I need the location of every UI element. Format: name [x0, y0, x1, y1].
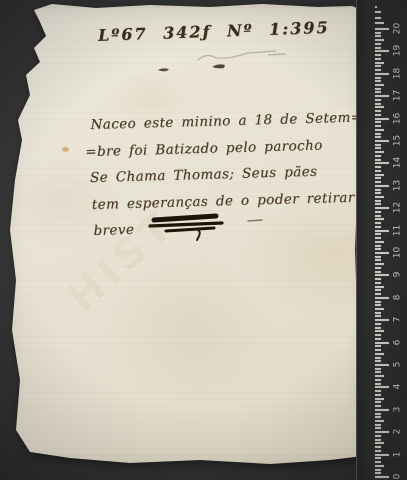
ruler-tick — [375, 166, 381, 168]
ruler-tick — [375, 267, 381, 269]
ruler-tick — [375, 185, 389, 187]
ruler-tick — [375, 47, 381, 49]
ruler-number-label: 5 — [393, 357, 404, 373]
ruler-tick — [375, 439, 381, 441]
ruler-tick — [375, 304, 381, 306]
ruler-tick — [375, 200, 381, 202]
ruler-tick — [375, 256, 381, 258]
ruler-tick — [375, 95, 389, 97]
ruler-tick — [375, 215, 381, 217]
ruler-tick — [375, 461, 381, 463]
ink-scribble — [148, 208, 268, 238]
ruler-tick — [375, 222, 381, 224]
ruler-tick — [375, 450, 381, 452]
ruler-tick — [375, 390, 381, 392]
archival-number-inscription: Lº67 342ƒ Nº 1:395 — [98, 18, 319, 45]
ruler-tick — [375, 133, 381, 135]
ruler-tick — [375, 147, 381, 149]
ruler-tick — [375, 237, 381, 239]
ruler-tick — [375, 121, 381, 123]
ruler-tick — [375, 469, 381, 471]
ruler-number-label: 18 — [393, 65, 404, 81]
ruler-tick — [375, 431, 389, 433]
ruler-tick — [375, 125, 381, 127]
ruler-tick — [375, 342, 389, 344]
ruler-tick — [375, 368, 381, 370]
ruler-tick — [375, 144, 381, 146]
ruler-tick — [375, 386, 389, 388]
manuscript-scan: Lº67 342ƒ Nº 1:395 Naceo este minino a 1… — [0, 0, 407, 480]
ruler-tick — [375, 103, 381, 105]
ruler-number-label: 17 — [393, 88, 404, 104]
ruler-tick — [375, 218, 384, 220]
faint-smudge-marks — [140, 48, 310, 78]
ruler-tick — [375, 69, 381, 71]
ruler-tick — [375, 50, 389, 52]
ruler-number-label: 3 — [393, 401, 404, 417]
ruler-tick — [375, 379, 381, 381]
paper-shadow: Lº67 342ƒ Nº 1:395 Naceo este minino a 1… — [0, 0, 407, 480]
ruler-tick — [375, 196, 384, 198]
ruler-number-label: 7 — [393, 312, 404, 328]
ruler-tick — [375, 271, 381, 273]
ruler-tick — [375, 413, 381, 415]
ruler-tick — [375, 360, 381, 362]
ruler-tick — [375, 263, 384, 265]
ruler-number-label: 0 — [393, 469, 404, 480]
ruler-tick — [375, 6, 377, 8]
ruler-tick — [375, 394, 381, 396]
ruler-tick — [375, 416, 381, 418]
ruler-tick — [375, 349, 381, 351]
ruler-tick — [375, 424, 381, 426]
ruler-tick — [375, 192, 381, 194]
ruler-tick — [375, 248, 381, 250]
ruler-tick — [375, 345, 381, 347]
ruler-tick — [375, 62, 384, 64]
ruler-tick — [375, 454, 389, 456]
ruler-tick — [375, 155, 381, 157]
ruler-tick — [375, 129, 384, 131]
ruler-tick — [375, 106, 384, 108]
ruler-tick — [375, 398, 384, 400]
foxing-stain — [62, 147, 69, 152]
ruler-tick — [375, 226, 381, 228]
ruler-tick — [375, 278, 381, 280]
ruler-tick — [375, 435, 381, 437]
ruler-number-label: 13 — [393, 177, 404, 193]
ruler-tick — [375, 409, 389, 411]
ruler-tick — [375, 308, 384, 310]
ruler-tick — [375, 162, 389, 164]
ruler-tick — [375, 207, 389, 209]
ruler-tick — [375, 364, 389, 366]
ruler-tick — [375, 11, 381, 13]
ruler-tick — [375, 118, 389, 120]
paper-sheet: Lº67 342ƒ Nº 1:395 Naceo este minino a 1… — [0, 0, 372, 472]
ruler-tick — [375, 73, 389, 75]
ruler-tick — [375, 140, 389, 142]
ruler-tick — [375, 457, 381, 459]
ruler-tick — [375, 88, 381, 90]
ruler-tick — [375, 32, 381, 34]
ruler-tick — [375, 91, 381, 93]
ruler-tick — [375, 136, 381, 138]
ruler-tick — [375, 319, 389, 321]
ruler-tick — [375, 274, 389, 276]
ruler-number-label: 8 — [393, 289, 404, 305]
ruler-number-label: 1 — [393, 446, 404, 462]
ruler-tick — [375, 282, 381, 284]
ruler-tick — [375, 420, 384, 422]
ruler-tick — [375, 43, 381, 45]
ruler-number-label: 4 — [393, 379, 404, 395]
ruler-tick — [375, 114, 381, 116]
ruler-number-label: 10 — [393, 245, 404, 261]
ruler-number-label: 16 — [393, 110, 404, 126]
ruler-tick — [375, 84, 384, 86]
ruler-tick — [375, 241, 384, 243]
ruler-tick — [375, 252, 389, 254]
ruler-tick — [375, 323, 381, 325]
ruler-tick — [375, 110, 381, 112]
ruler-tick — [375, 357, 381, 359]
ruler-tick — [375, 476, 389, 478]
ruler-tick — [375, 334, 381, 336]
ruler-tick — [375, 383, 381, 385]
ruler-tick — [375, 80, 381, 82]
ruler-tick — [375, 405, 381, 407]
ruler-tick — [375, 189, 381, 191]
ruler-tick — [375, 465, 384, 467]
ruler-number-label: 9 — [393, 267, 404, 283]
ruler-tick — [375, 338, 381, 340]
ruler-tick — [375, 151, 384, 153]
ruler-number-label: 20 — [393, 21, 404, 37]
ruler-tick — [375, 446, 381, 448]
ruler-number-label: 15 — [393, 133, 404, 149]
ruler-scale: 20191817161514131211109876543210 — [356, 0, 407, 480]
ruler-tick — [375, 472, 381, 474]
ruler-tick — [375, 233, 381, 235]
ruler-number-label: 2 — [393, 424, 404, 440]
ruler-tick — [375, 58, 381, 60]
ruler-tick — [375, 289, 381, 291]
ruler-tick — [375, 35, 381, 37]
ruler-tick — [375, 65, 381, 67]
ruler-tick — [375, 427, 381, 429]
ruler-tick — [375, 330, 384, 332]
ruler-number-label: 19 — [393, 43, 404, 59]
ruler-tick — [375, 39, 384, 41]
ruler-tick — [375, 170, 381, 172]
ruler-tick — [375, 17, 381, 19]
ruler-tick — [375, 77, 381, 79]
ruler-tick — [375, 301, 381, 303]
ruler-tick — [375, 401, 381, 403]
ruler-tick — [375, 259, 381, 261]
ruler-tick — [375, 286, 384, 288]
ruler-tick — [375, 54, 381, 56]
ruler-tick — [375, 375, 384, 377]
ruler-tick — [375, 312, 381, 314]
ruler-tick — [375, 293, 381, 295]
ruler-number-label: 12 — [393, 200, 404, 216]
ruler-number-label: 6 — [393, 334, 404, 350]
ruler-tick — [375, 28, 389, 30]
ruler-tick — [375, 245, 381, 247]
ruler-tick — [375, 203, 381, 205]
ruler-tick — [375, 327, 381, 329]
ruler-tick — [375, 99, 381, 101]
ruler-tick — [375, 211, 381, 213]
ruler-tick — [375, 181, 381, 183]
ruler-tick — [375, 174, 384, 176]
ink-comma-mark — [192, 228, 204, 242]
ruler-tick — [375, 230, 389, 232]
ruler-tick — [375, 371, 381, 373]
ruler-number-label: 14 — [393, 155, 404, 171]
ruler-tick — [375, 297, 389, 299]
ruler-tick — [375, 315, 381, 317]
measurement-ruler: 20191817161514131211109876543210 — [356, 0, 407, 480]
ruler-tick — [375, 353, 384, 355]
ruler-tick — [375, 159, 381, 161]
ruler-tick — [375, 442, 384, 444]
ruler-tick — [375, 177, 381, 179]
ruler-tick — [375, 22, 384, 24]
ruler-number-label: 11 — [393, 222, 404, 238]
